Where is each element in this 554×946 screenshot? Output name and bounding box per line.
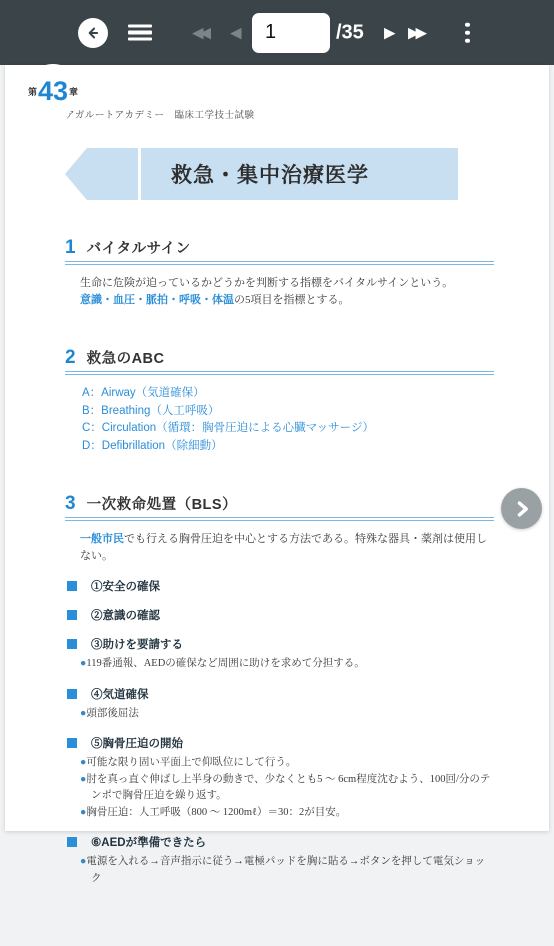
chapter-banner: 第 43 章 救急・集中治療医学 xyxy=(65,148,458,200)
chevron-right-icon xyxy=(512,499,532,519)
paragraph: 生命に危険が迫っているかどうかを判断する指標をバイタルサインという。 意識・血圧… xyxy=(80,275,494,309)
step-details: ●119番通報、AEDの確保など周囲に助けを求めて分担する。 xyxy=(80,656,494,673)
toolbar: ◀◀ ◀ /35 ▶ ▶▶ xyxy=(0,0,554,65)
next-page-overlay-button[interactable] xyxy=(501,488,542,529)
section-emergency-abc: 2 救急のABC A：Airway（気道確保） B：Breathing（人工呼吸… xyxy=(65,347,494,455)
square-bullet-icon xyxy=(67,639,77,649)
list-item: B：Breathing（人工呼吸） xyxy=(82,403,494,421)
chapter-suffix: 章 xyxy=(69,85,78,98)
back-arrow-icon xyxy=(84,24,102,42)
bls-step: ④気道確保 xyxy=(65,686,494,702)
next-page-button[interactable]: ▶ xyxy=(384,25,396,40)
hamburger-menu-icon[interactable] xyxy=(128,24,152,41)
kebab-menu-icon[interactable] xyxy=(461,18,474,47)
section-bls: 3 一次救命処置（BLS） 一般市民でも行える胸骨圧迫を中心とする方法である。特… xyxy=(65,493,494,887)
section-title: 救急のABC xyxy=(87,347,165,368)
section-vital-signs: 1 バイタルサイン 生命に危険が迫っているかどうかを判断する指標をバイタルサイン… xyxy=(65,237,494,309)
highlighted-terms: 意識・血圧・脈拍・呼吸・体温 xyxy=(80,294,234,306)
last-page-button[interactable]: ▶▶ xyxy=(408,25,423,40)
pdf-viewer-app: { "colors": { "toolbar_bg": "#3b4448", "… xyxy=(0,0,554,946)
section-number: 3 xyxy=(65,494,76,513)
chapter-prefix: 第 xyxy=(28,85,37,98)
first-page-button[interactable]: ◀◀ xyxy=(192,25,207,40)
list-item: D：Defibrillation（除細動） xyxy=(82,438,494,456)
chapter-title: 救急・集中治療医学 xyxy=(171,159,369,189)
square-bullet-icon xyxy=(67,610,77,620)
section-title: バイタルサイン xyxy=(87,237,191,258)
highlighted-term: 一般市民 xyxy=(80,533,124,545)
paragraph: 一般市民でも行える胸骨圧迫を中心とする方法である。特殊な器具・薬剤は使用しない。 xyxy=(80,531,494,565)
section-number: 1 xyxy=(65,238,76,257)
section-heading: 3 一次救命処置（BLS） xyxy=(65,493,494,521)
bls-step: ⑤胸骨圧迫の開始 xyxy=(65,735,494,751)
pdf-page: アガルートアカデミー 臨床工学技士試験 第 43 章 救急・集中治療医学 1 バ… xyxy=(5,65,549,831)
list-item: C：Circulation（循環：胸骨圧迫による心臓マッサージ） xyxy=(82,420,494,438)
section-number: 2 xyxy=(65,348,76,367)
back-button[interactable] xyxy=(78,18,108,48)
chapter-title-bar: 救急・集中治療医学 xyxy=(141,148,458,200)
square-bullet-icon xyxy=(67,689,77,699)
chapter-number: 43 xyxy=(38,78,68,105)
bls-step: ③助けを要請する xyxy=(65,636,494,652)
square-bullet-icon xyxy=(67,581,77,591)
bls-step: ①安全の確保 xyxy=(65,578,494,594)
list-item: A：Airway（気道確保） xyxy=(82,385,494,403)
previous-page-button[interactable]: ◀ xyxy=(230,25,242,40)
chapter-number-circle: 第 43 章 xyxy=(26,64,80,118)
section-heading: 1 バイタルサイン xyxy=(65,237,494,265)
step-details: ●電源を入れる→音声指示に従う→電極パッドを胸に貼る→ボタンを押して電気ショック xyxy=(80,854,494,887)
page-number-input[interactable] xyxy=(252,13,330,53)
document-canvas: アガルートアカデミー 臨床工学技士試験 第 43 章 救急・集中治療医学 1 バ… xyxy=(0,65,554,946)
page-total-label: /35 xyxy=(336,21,364,44)
bls-step: ②意識の確認 xyxy=(65,607,494,623)
document-header: アガルートアカデミー 臨床工学技士試験 xyxy=(65,107,494,121)
chapter-badge-shape xyxy=(65,148,138,200)
square-bullet-icon xyxy=(67,738,77,748)
square-bullet-icon xyxy=(67,837,77,847)
section-title: 一次救命処置（BLS） xyxy=(87,493,238,514)
abc-list: A：Airway（気道確保） B：Breathing（人工呼吸） C：Circu… xyxy=(82,385,494,455)
bls-step: ⑥AEDが準備できたら xyxy=(65,834,494,850)
step-details: ●頭部後屈法 xyxy=(80,706,494,723)
section-heading: 2 救急のABC xyxy=(65,347,494,375)
step-details: ●可能な限り固い平面上で仰臥位にして行う。 ●肘を真っ直ぐ伸ばし上半身の動きで、… xyxy=(80,755,494,821)
